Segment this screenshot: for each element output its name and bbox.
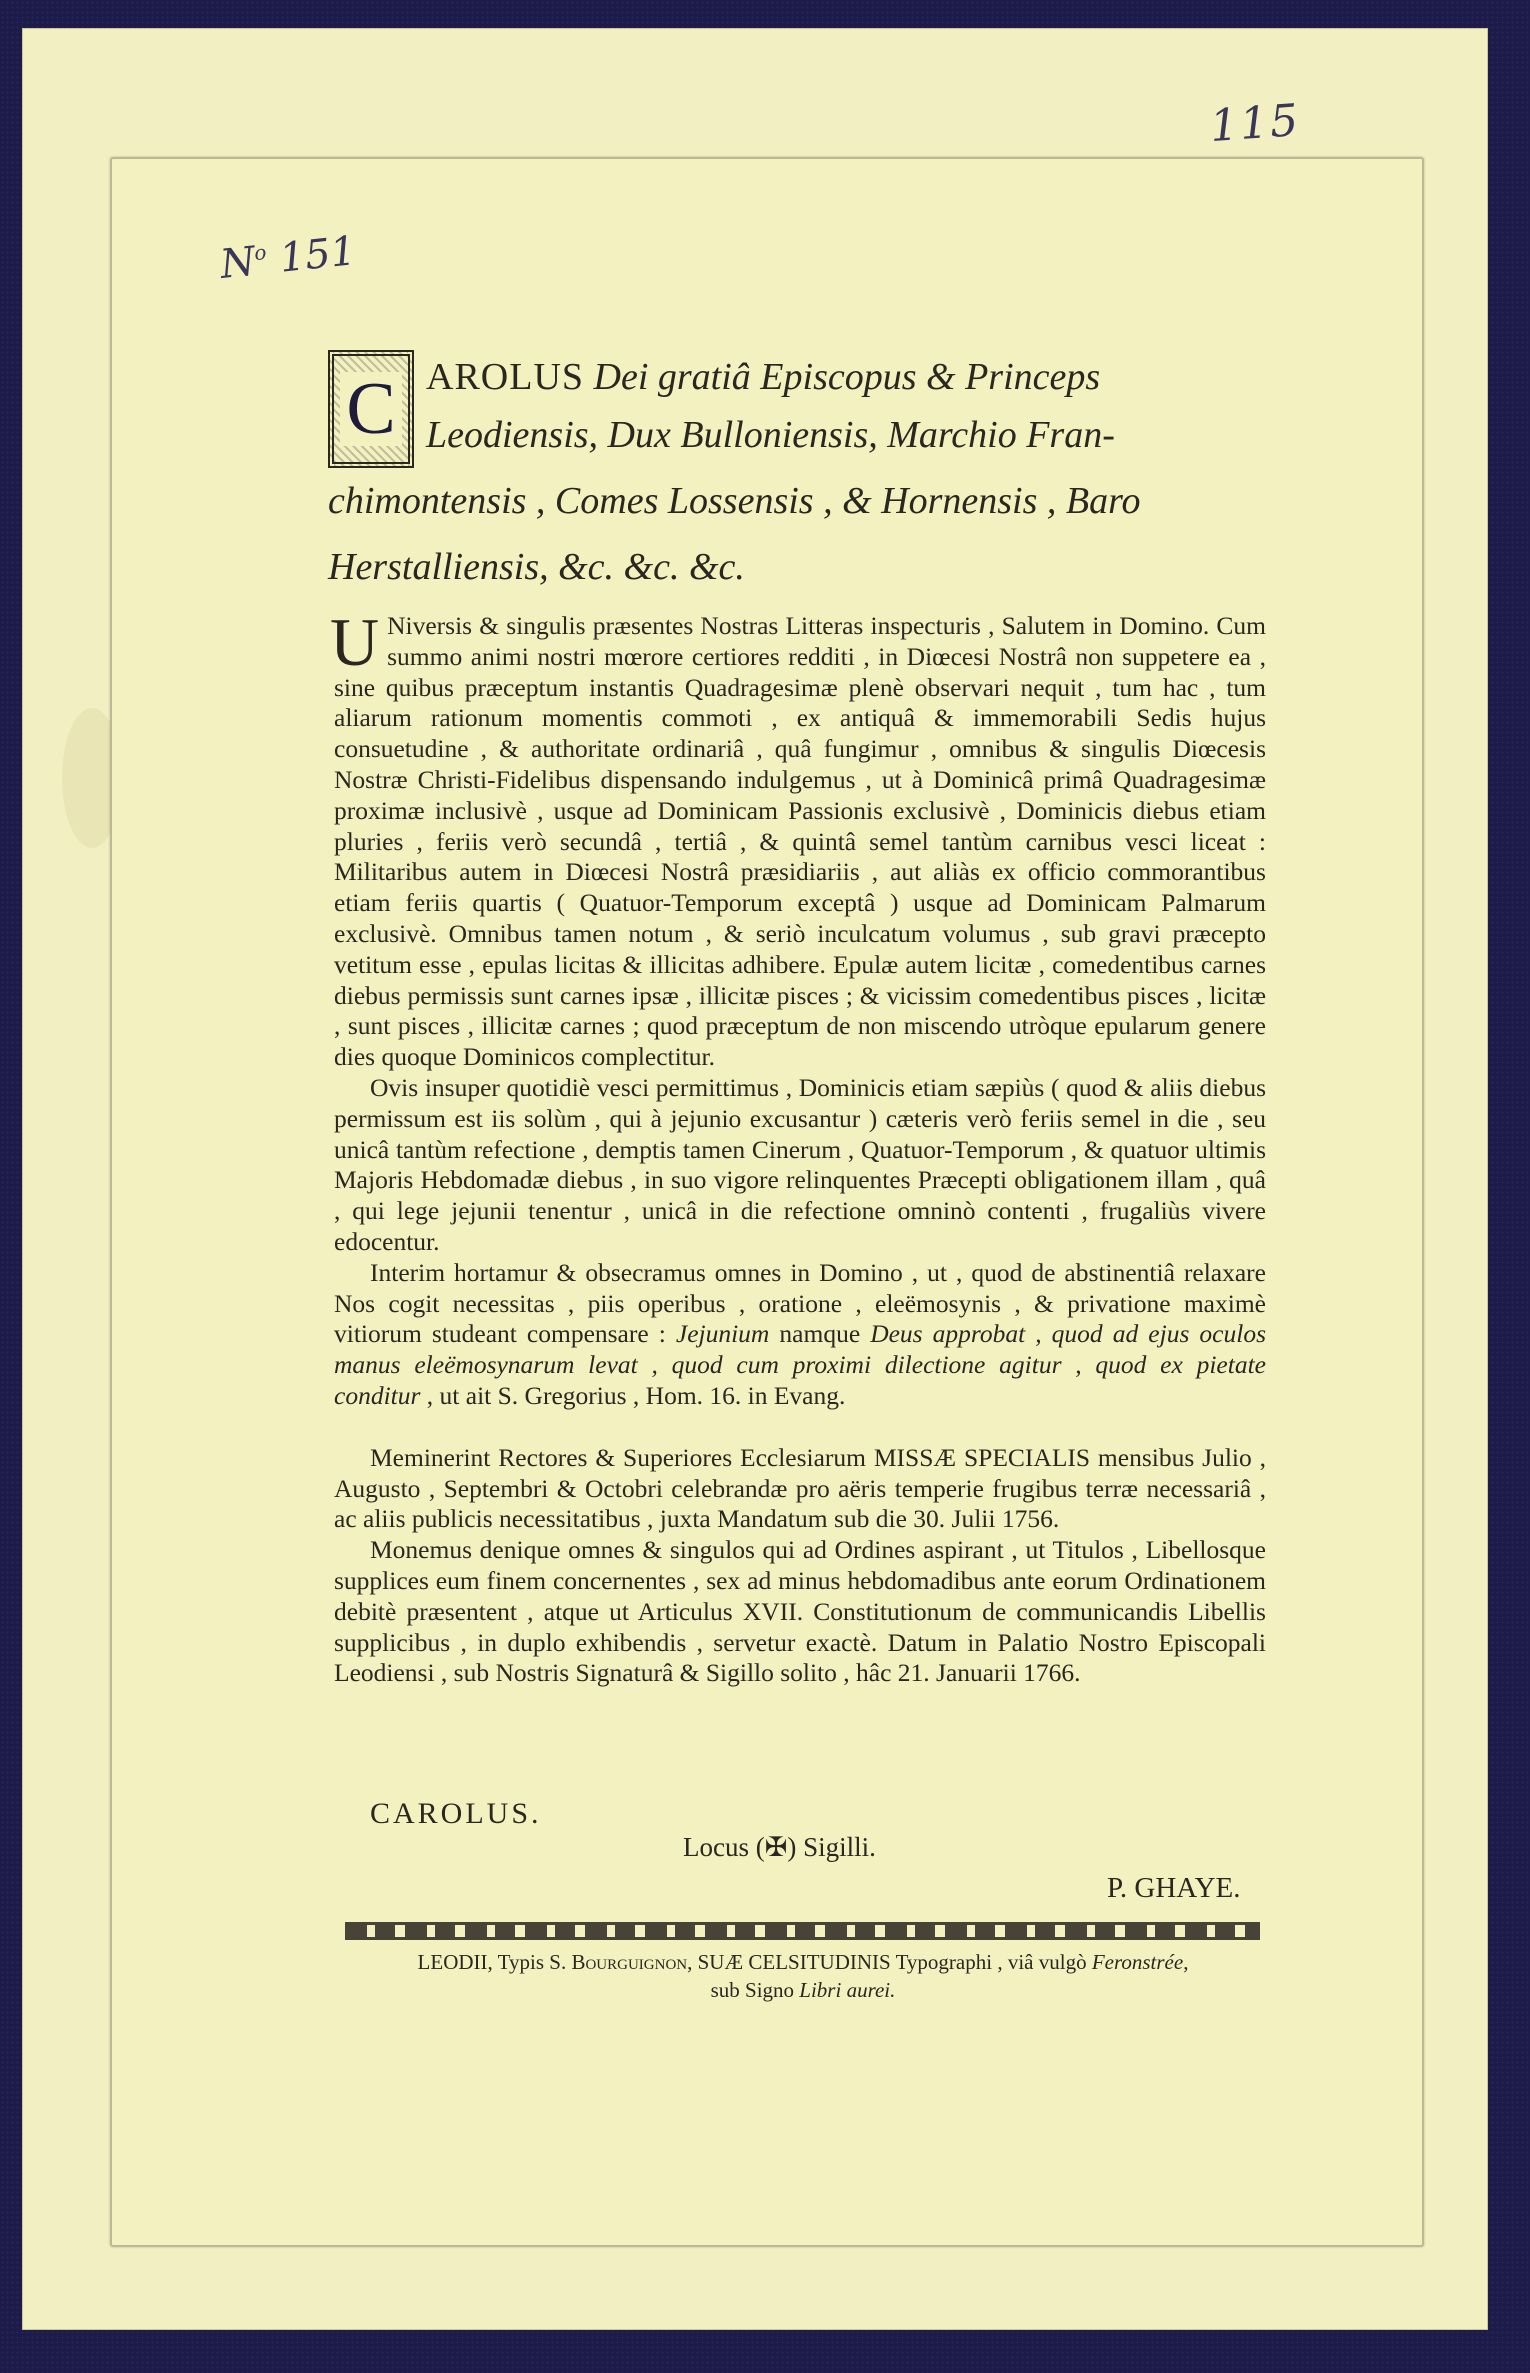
initial-letter: C — [340, 372, 401, 446]
heading-line-4: Herstalliensis, &c. &c. &c. — [328, 540, 745, 594]
seal-location: Locus (✠) Sigilli. — [683, 1832, 876, 1863]
handwritten-archive-number: 115 — [1208, 95, 1301, 152]
heading-caps: AROLUS — [426, 356, 584, 398]
ornamental-initial: C — [328, 350, 414, 468]
paragraph-initial: U — [330, 613, 379, 671]
paragraph-eggs: Ovis insuper quotidiè vesci permittimus … — [334, 1073, 1266, 1258]
signature-carolus: CAROLUS. — [370, 1797, 542, 1831]
text: , — [1183, 1950, 1188, 1974]
printer-imprint-line-1: LEODII, Typis S. Bourguignon, SUÆ CELSIT… — [343, 1950, 1263, 1975]
heading-line-1: AROLUS Dei gratiâ Episcopus & Princeps — [426, 350, 1100, 404]
text: sub Signo — [711, 1978, 800, 2002]
shop-sign: Libri aurei. — [799, 1978, 895, 2002]
number-value: 151 — [277, 228, 358, 282]
heading-line-2: Leodiensis, Dux Bulloniensis, Marchio Fr… — [426, 408, 1115, 462]
italic-text: Jejunium — [676, 1319, 769, 1348]
printer-name: Bourguignon — [571, 1950, 687, 1974]
street-name: Feronstrée — [1092, 1950, 1183, 1974]
number-prefix: N — [218, 239, 258, 288]
paragraph-ordinations: Monemus denique omnes & singulos qui ad … — [334, 1535, 1266, 1689]
number-sup: o — [253, 240, 267, 265]
printer-imprint-line-2: sub Signo Libri aurei. — [343, 1978, 1263, 2003]
heading-italic: Dei gratiâ Episcopus & Princeps — [584, 356, 1100, 398]
heading-line-3: chimontensis , Comes Lossensis , & Horne… — [328, 474, 1140, 528]
signature-ghaye: P. GHAYE. — [1107, 1872, 1241, 1905]
text: , ut ait S. Gregorius , Hom. 16. in Evan… — [420, 1381, 845, 1410]
paragraph-special-mass: Meminerint Rectores & Superiores Ecclesi… — [334, 1443, 1266, 1535]
paragraph-dispensation: UNiversis & singulis præsentes Nostras L… — [334, 611, 1266, 1073]
text: , SUÆ CELSITUDINIS Typographi , viâ vulg… — [687, 1950, 1092, 1974]
text: LEODII, Typis S. — [418, 1950, 572, 1974]
paragraph-text: Niversis & singulis præsentes Nostras Li… — [334, 611, 1266, 1071]
paragraph-exhortation: Interim hortamur & obsecramus omnes in D… — [334, 1258, 1266, 1412]
ordinance-body: UNiversis & singulis præsentes Nostras L… — [334, 611, 1266, 1689]
text: namque — [769, 1319, 870, 1348]
ornamental-divider — [345, 1922, 1260, 1940]
